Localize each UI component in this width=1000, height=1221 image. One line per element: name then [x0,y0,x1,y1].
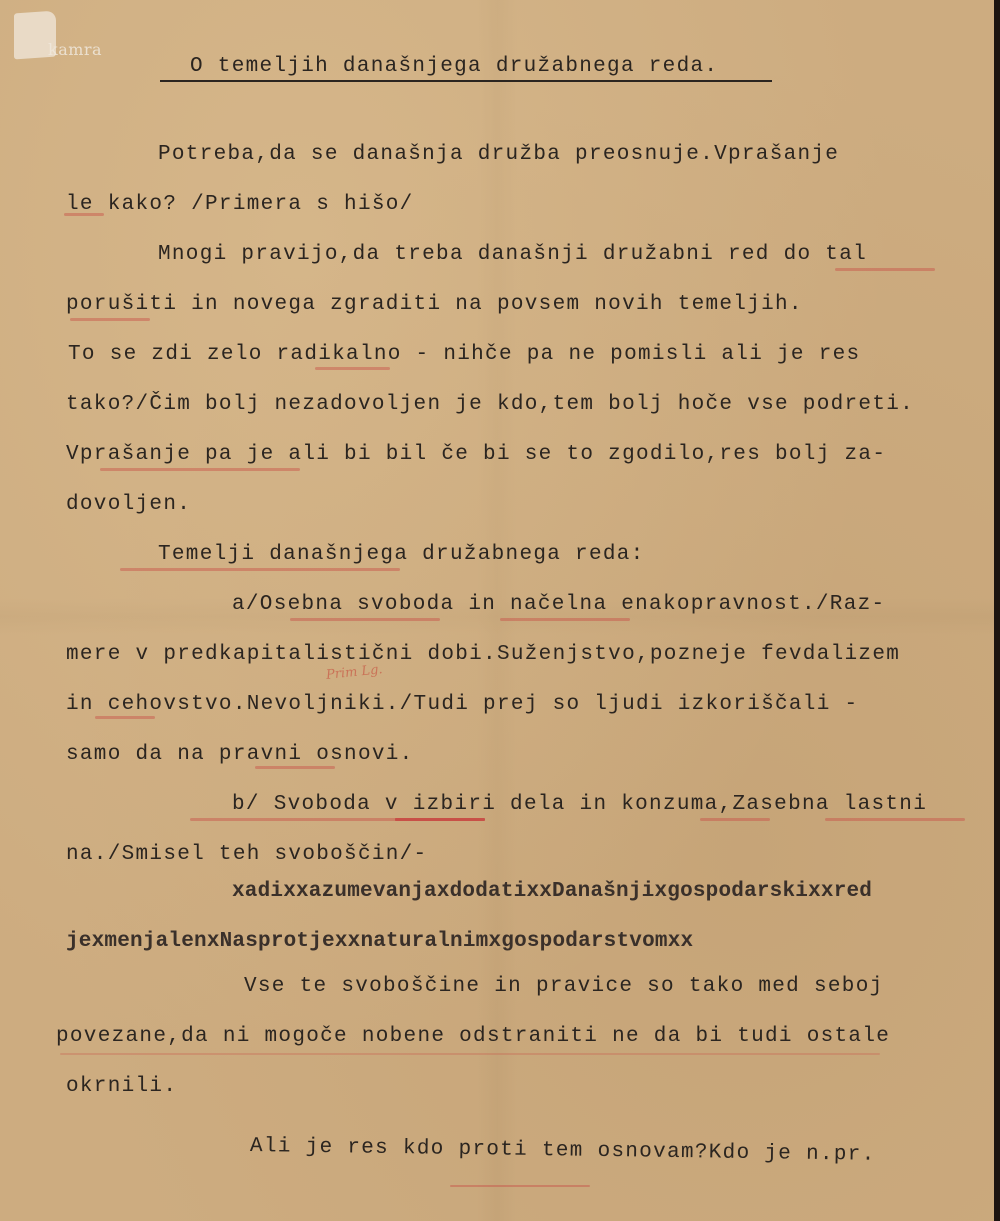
text-line: a/Osebna svoboda in načelna enakopravnos… [232,593,885,616]
red-underline [120,568,400,571]
red-underline [395,818,485,821]
text-line: b/ Svoboda v izbiri dela in konzuma,Zase… [232,793,927,816]
text-line: samo da na pravni osnovi. [66,743,414,766]
red-underline [825,818,965,821]
document-title: O temeljih današnjega družabnega reda. [160,55,772,82]
struck-out-line: jexmenjalenxNasprotjexxnaturalnimxgospod… [66,930,693,953]
text-line: To se zdi zelo radikalno - nihče pa ne p… [68,343,860,366]
text-line: okrnili. [66,1075,177,1098]
red-underline [100,468,300,471]
red-underline [70,318,150,321]
red-underline [64,213,104,216]
text-line: povezane,da ni mogoče nobene odstraniti … [56,1025,890,1048]
section-heading: Temelji današnjega družabnega reda: [158,543,645,566]
red-underline [95,716,155,719]
text-line: le kako? /Primera s hišo/ [66,193,414,216]
red-underline [60,1053,880,1055]
text-line: tako?/Čim bolj nezadovoljen je kdo,tem b… [66,393,914,416]
red-underline [700,818,770,821]
scan-edge [994,0,1000,1221]
text-line: Potreba,da se današnja družba preosnuje.… [158,143,839,166]
text-line: na./Smisel teh svoboščin/- [66,843,427,866]
text-line: mere v predkapitalistični dobi.Suženjstv… [66,643,900,666]
text-line: porušiti in novega zgraditi na povsem no… [66,293,803,316]
red-underline [450,1185,590,1187]
text-line: Mnogi pravijo,da treba današnji družabni… [158,243,867,266]
red-underline [255,766,335,769]
red-underline [290,618,440,621]
text-line: Vprašanje pa je ali bi bil če bi se to z… [66,443,886,466]
red-underline [500,618,630,621]
red-underline [835,268,935,271]
text-line: dovoljen. [66,493,191,516]
kamra-logo-text: kamra [48,40,102,59]
struck-out-line: xadixxazumevanjaxdodatixxDanašnjixgospod… [232,880,872,903]
text-line: Vse te svoboščine in pravice so tako med… [244,975,884,998]
text-line: in cehovstvo.Nevoljniki./Tudi prej so lj… [66,693,858,716]
kamra-logo: kamra [14,12,124,60]
red-underline [315,367,390,370]
